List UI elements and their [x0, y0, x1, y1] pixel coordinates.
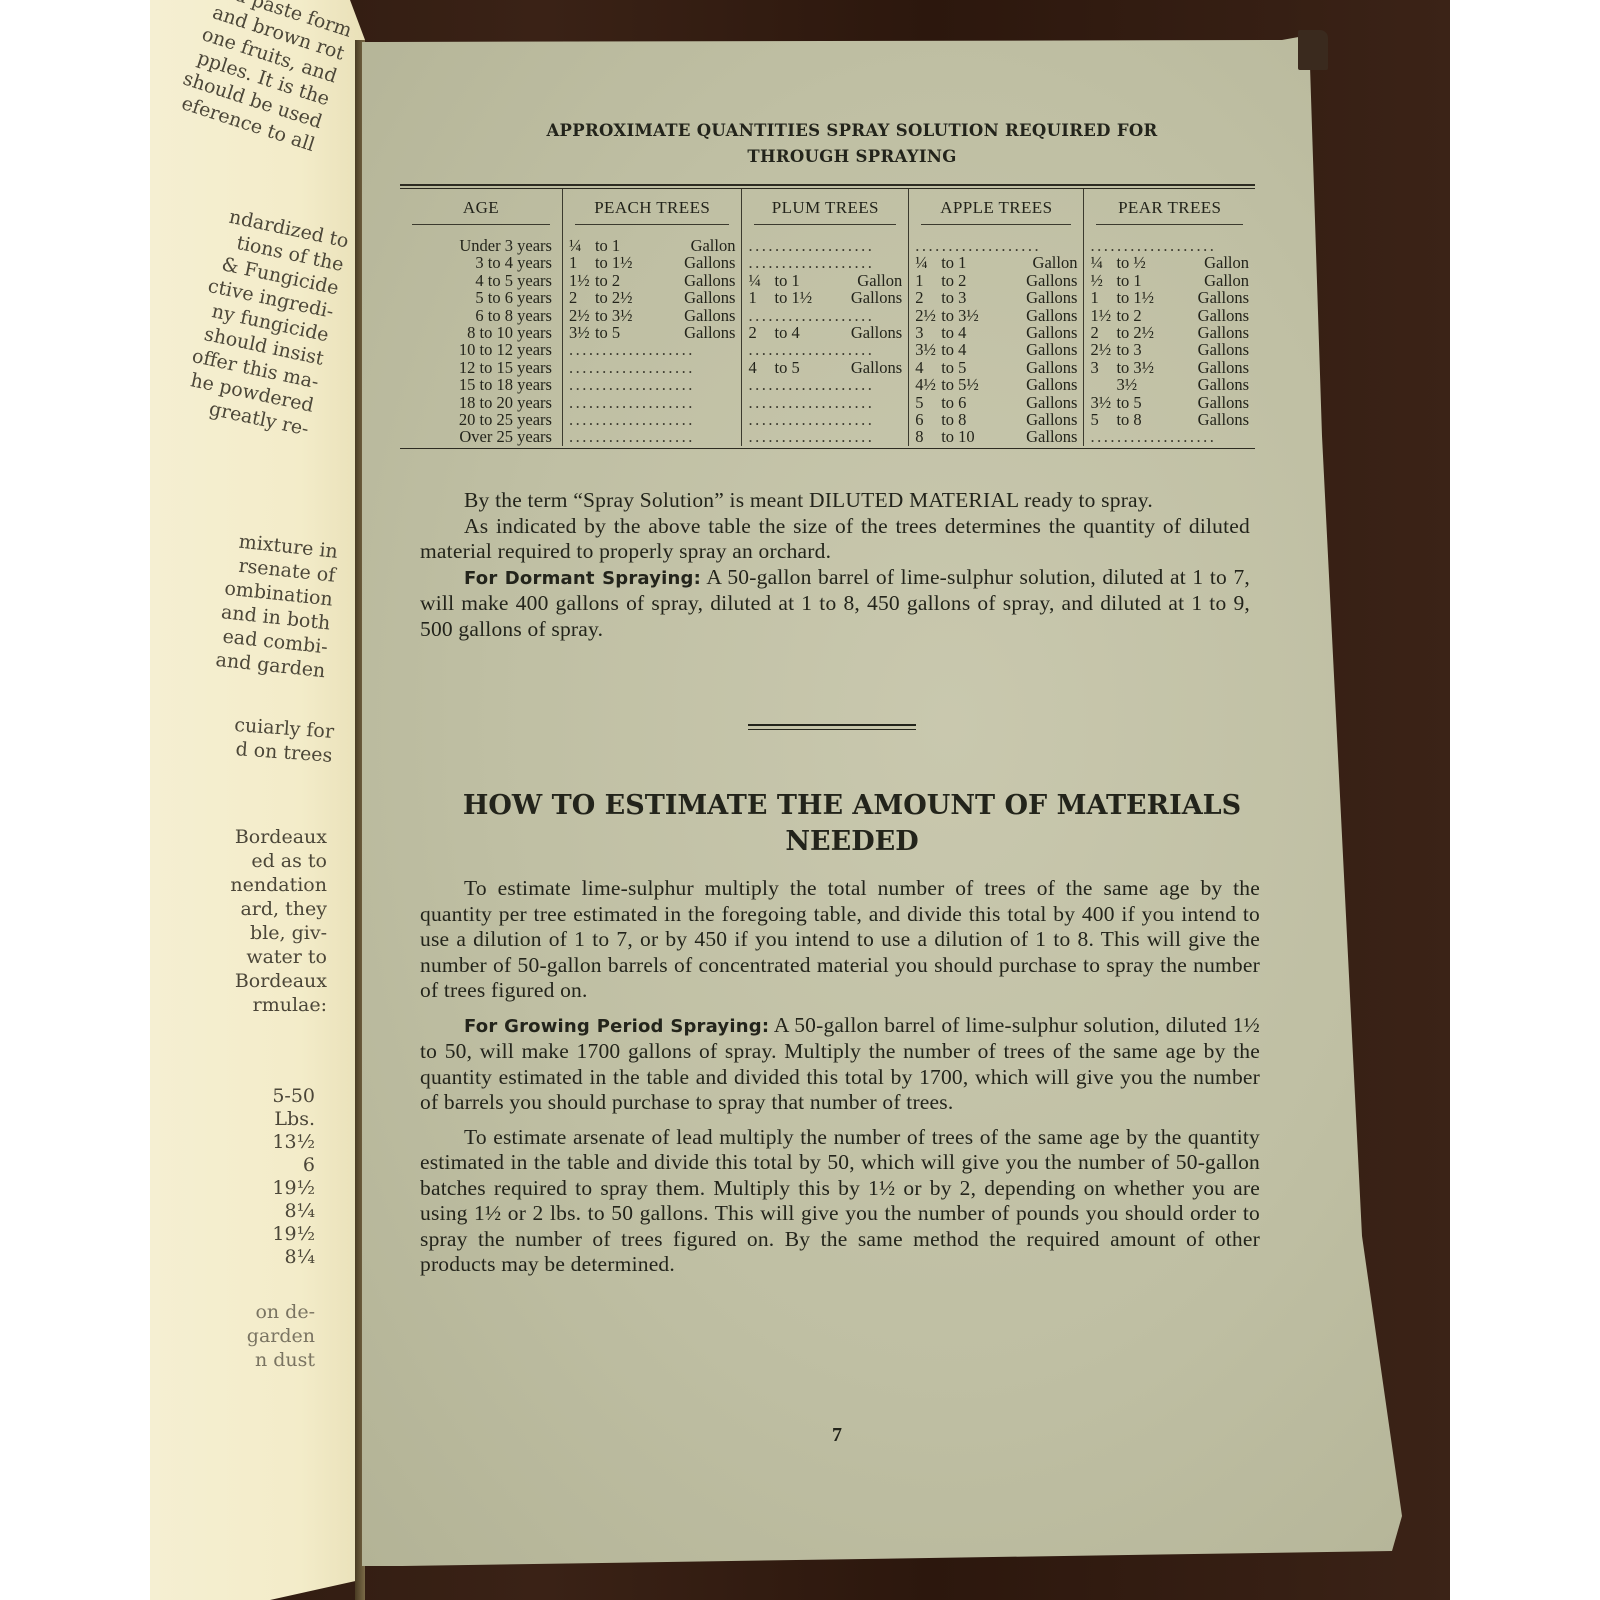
left-page-text-fragment: cuiarly for d on trees	[232, 713, 335, 768]
spray-quantities-table: AGEPEACH TREESPLUM TREESAPPLE TREESPEAR …	[400, 184, 1255, 449]
age-cell: 20 to 25 years	[400, 411, 562, 428]
plum-quantity-cell: ...................	[742, 428, 909, 445]
apple-quantity-cell: 4to 5Gallons	[909, 359, 1084, 376]
apple-quantity-cell: 2½to 3½Gallons	[909, 307, 1084, 324]
pear-quantity-cell: ...................	[1084, 237, 1255, 254]
column-header-label: APPLE TREES	[940, 198, 1052, 217]
pear-quantity-cell: ...................	[1084, 428, 1255, 445]
plum-quantity-cell: 2to 4Gallons	[742, 324, 909, 341]
table-title-line: THROUGH SPRAYING	[422, 144, 1282, 170]
table-row: 6 to 8 years2½to 3½Gallons..............…	[400, 307, 1255, 324]
apple-quantity-cell: 8to 10Gallons	[909, 428, 1084, 445]
plum-quantity-cell: ...................	[742, 394, 909, 411]
section-heading: HOW TO ESTIMATE THE AMOUNT OF MATERIALS …	[402, 788, 1302, 860]
left-page-text-fragment: Bordeaux ed as to nendation ard, they bl…	[230, 825, 327, 1017]
pear-quantity-cell: ¼to ½Gallon	[1084, 254, 1255, 271]
peach-quantity-cell: ...................	[562, 394, 742, 411]
left-page-text-fragment: mixture in rsenate of ombination and in …	[215, 529, 339, 684]
apple-quantity-cell: ...................	[909, 237, 1084, 254]
column-header: PEACH TREES	[562, 189, 742, 229]
age-cell: 4 to 5 years	[400, 272, 562, 289]
paragraph: By the term “Spray Solution” is meant DI…	[420, 488, 1250, 514]
peach-quantity-cell: ¼to 1Gallon	[562, 237, 742, 254]
age-cell: 8 to 10 years	[400, 324, 562, 341]
table-row: Over 25 years...........................…	[400, 428, 1255, 445]
apple-quantity-cell: 3to 4Gallons	[909, 324, 1084, 341]
peach-quantity-cell: 2to 2½Gallons	[562, 289, 742, 306]
run-in-heading: For Growing Period Spraying:	[464, 1016, 769, 1037]
plum-quantity-cell: 4to 5Gallons	[742, 359, 909, 376]
pear-quantity-cell: ½to 1Gallon	[1084, 272, 1255, 289]
table-row: 15 to 18 years..........................…	[400, 376, 1255, 393]
age-cell: 10 to 12 years	[400, 341, 562, 358]
estimation-instructions: To estimate lime-sulphur multiply the to…	[420, 876, 1260, 1278]
table-row: 20 to 25 years..........................…	[400, 411, 1255, 428]
apple-quantity-cell: 2to 3Gallons	[909, 289, 1084, 306]
age-cell: 5 to 6 years	[400, 289, 562, 306]
peach-quantity-cell: ...................	[562, 411, 742, 428]
table-bottom-rule	[400, 448, 1255, 449]
paragraph: For Dormant Spraying: A 50-gallon barrel…	[420, 565, 1250, 643]
plum-quantity-cell: ...................	[742, 376, 909, 393]
apple-quantity-cell: 5to 6Gallons	[909, 394, 1084, 411]
column-header: APPLE TREES	[909, 189, 1084, 229]
column-header-label: PEACH TREES	[594, 198, 710, 217]
table-title: APPROXIMATE QUANTITIES SPRAY SOLUTION RE…	[422, 118, 1282, 170]
plum-quantity-cell: ...................	[742, 307, 909, 324]
table-row: 5 to 6 years2to 2½Gallons1to 1½Gallons2t…	[400, 289, 1255, 306]
header-underline	[921, 224, 1071, 225]
pear-quantity-cell: 1½to 2Gallons	[1084, 307, 1255, 324]
plum-quantity-cell: ...................	[742, 254, 909, 271]
spray-solution-explanation: By the term “Spray Solution” is meant DI…	[420, 488, 1250, 642]
plum-quantity-cell: ...................	[742, 411, 909, 428]
table-row: 10 to 12 years..........................…	[400, 341, 1255, 358]
column-header: PLUM TREES	[742, 189, 909, 229]
peach-quantity-cell: ...................	[562, 376, 742, 393]
age-cell: 12 to 15 years	[400, 359, 562, 376]
apple-quantity-cell: ¼to 1Gallon	[909, 254, 1084, 271]
left-page: n a paste form and brown rot one fruits,…	[150, 0, 365, 1600]
age-cell: 15 to 18 years	[400, 376, 562, 393]
header-underline	[575, 224, 730, 225]
spray-table: AGEPEACH TREESPLUM TREESAPPLE TREESPEAR …	[400, 189, 1255, 446]
left-page-number-column: 5-50 Lbs. 13½ 6 19½ 8¼ 19½ 8¼	[272, 1085, 315, 1269]
apple-quantity-cell: 3½to 4Gallons	[909, 341, 1084, 358]
peach-quantity-cell: 3½to 5Gallons	[562, 324, 742, 341]
table-row: 8 to 10 years3½to 5Gallons2to 4Gallons3t…	[400, 324, 1255, 341]
age-cell: 3 to 4 years	[400, 254, 562, 271]
header-underline	[754, 224, 896, 225]
column-header: PEAR TREES	[1084, 189, 1255, 229]
section-divider	[748, 724, 916, 730]
run-in-heading: For Dormant Spraying:	[464, 568, 701, 589]
dog-eared-corner	[1298, 30, 1328, 70]
apple-quantity-cell: 4½to 5½Gallons	[909, 376, 1084, 393]
table-row: 12 to 15 years...................4to 5Ga…	[400, 359, 1255, 376]
pear-quantity-cell: 5to 8Gallons	[1084, 411, 1255, 428]
table-header-row: AGEPEACH TREESPLUM TREESAPPLE TREESPEAR …	[400, 189, 1255, 229]
age-cell: 18 to 20 years	[400, 394, 562, 411]
pear-quantity-cell: 2½to 3Gallons	[1084, 341, 1255, 358]
left-page-text-fragment: ndardized to tions of the & Fungicide ct…	[180, 203, 351, 441]
peach-quantity-cell: ...................	[562, 428, 742, 445]
paragraph: To estimate arsenate of lead multiply th…	[420, 1125, 1260, 1278]
age-cell: Under 3 years	[400, 237, 562, 254]
column-header: AGE	[400, 189, 562, 229]
plum-quantity-cell: 1to 1½Gallons	[742, 289, 909, 306]
peach-quantity-cell: 1½to 2Gallons	[562, 272, 742, 289]
column-header-label: PLUM TREES	[772, 198, 879, 217]
paragraph: As indicated by the above table the size…	[420, 514, 1250, 565]
page-number: 7	[832, 1424, 842, 1447]
pear-quantity-cell: 3to 3½Gallons	[1084, 359, 1255, 376]
table-row: 4 to 5 years1½to 2Gallons¼to 1Gallon1to …	[400, 272, 1255, 289]
table-row: Under 3 years¼to 1Gallon................…	[400, 237, 1255, 254]
table-row: 3 to 4 years1to 1½Gallons...............…	[400, 254, 1255, 271]
peach-quantity-cell: 2½to 3½Gallons	[562, 307, 742, 324]
column-header-label: PEAR TREES	[1118, 198, 1221, 217]
plum-quantity-cell: ...................	[742, 237, 909, 254]
paragraph: To estimate lime-sulphur multiply the to…	[420, 876, 1260, 1004]
pear-quantity-cell: 2to 2½Gallons	[1084, 324, 1255, 341]
paragraph: For Growing Period Spraying: A 50-gallon…	[420, 1013, 1260, 1116]
header-underline	[412, 224, 550, 225]
peach-quantity-cell: ...................	[562, 359, 742, 376]
age-cell: 6 to 8 years	[400, 307, 562, 324]
plum-quantity-cell: ...................	[742, 341, 909, 358]
plum-quantity-cell: ¼to 1Gallon	[742, 272, 909, 289]
peach-quantity-cell: ...................	[562, 341, 742, 358]
pear-quantity-cell: 1to 1½Gallons	[1084, 289, 1255, 306]
left-page-text-fragment: n a paste form and brown rot one fruits,…	[173, 0, 355, 157]
column-header-label: AGE	[463, 198, 499, 217]
right-page: APPROXIMATE QUANTITIES SPRAY SOLUTION RE…	[362, 36, 1430, 1566]
age-cell: Over 25 years	[400, 428, 562, 445]
apple-quantity-cell: 1to 2Gallons	[909, 272, 1084, 289]
header-underline	[1096, 224, 1243, 225]
pear-quantity-cell: 3½to 5Gallons	[1084, 394, 1255, 411]
table-title-line: APPROXIMATE QUANTITIES SPRAY SOLUTION RE…	[422, 118, 1282, 144]
pear-quantity-cell: 3½Gallons	[1084, 376, 1255, 393]
left-page-text-fragment: on de- garden n dust	[247, 1300, 315, 1372]
table-row: 18 to 20 years..........................…	[400, 394, 1255, 411]
peach-quantity-cell: 1to 1½Gallons	[562, 254, 742, 271]
apple-quantity-cell: 6to 8Gallons	[909, 411, 1084, 428]
